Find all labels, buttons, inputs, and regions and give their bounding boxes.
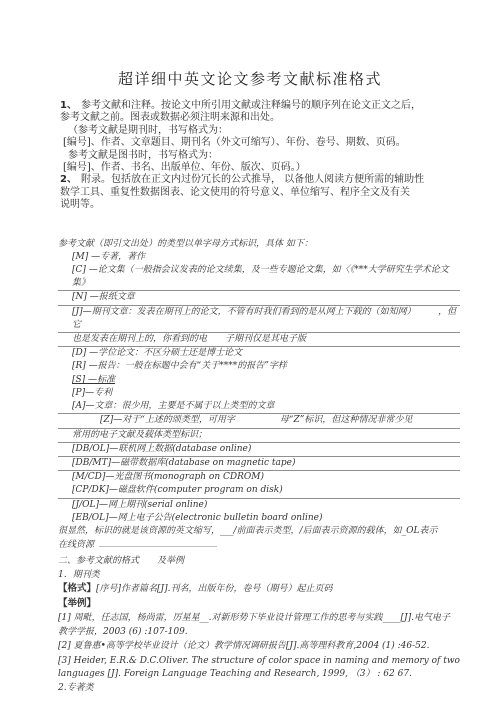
type-item-j-line-1: [J]—期刊文章：发表在期刊上的论文，不管有时我们看到的是从网上下载的（如知网）… bbox=[58, 306, 460, 333]
format-text: [序号]作者篇名[J].刊名，出版年份，卷号（期号）起止页码 bbox=[96, 584, 333, 594]
note-1-line-5: 参考文献是图书时，书写格式为： bbox=[60, 150, 458, 162]
type-item-s-text: [S] —标准 bbox=[72, 375, 115, 385]
format-line: 【格式】[序号]作者篇名[J].刊名，出版年份，卷号（期号）起止页码 bbox=[58, 582, 460, 597]
note-1-line-1: 1、参考文献和注释。按论文中所引用文献或注释编号的顺序列在论文正文之后， bbox=[60, 100, 458, 112]
reference-2: [2] 夏鲁惠•高等学校毕业设计（论文）教学情况调研报告[J].高等理科教育,2… bbox=[58, 640, 460, 654]
note-1-text-1: 参考文献和注释。按论文中所引用文献或注释编号的顺序列在论文正文之后， bbox=[81, 100, 421, 111]
notes-section: 1、参考文献和注释。按论文中所引用文献或注释编号的顺序列在论文正文之后， 参考文… bbox=[60, 100, 458, 212]
note-1-line-3: （参考文献是期刊时，书写格式为： bbox=[60, 125, 458, 137]
reference-1-line-2: 教学学报，2003 (6) :107-109. bbox=[58, 626, 460, 640]
types-note-line-1: 很显然，标识的就是该资源的英文缩写，___/前面表示类型，/后面表示资源的载体，… bbox=[58, 525, 460, 538]
blank-underline bbox=[99, 538, 217, 547]
note-2-number: 2、 bbox=[60, 174, 77, 185]
type-item-s: [S] —标准 bbox=[58, 374, 460, 387]
note-1-line-6: [编号]、作者、书名、出版单位、年份、版次、页码。） bbox=[60, 162, 458, 174]
formats-section: 二、参考文献的格式 及举例 1．期刊类 【格式】[序号]作者篇名[J].刊名，出… bbox=[58, 555, 460, 695]
etype-item-mcd: [M/CD]—光盘图书(monograph on CDROM) bbox=[58, 471, 460, 484]
electronic-types-intro: 常用的电子文献及载体类型标识； bbox=[58, 429, 460, 443]
example-label: 【举例】 bbox=[58, 598, 96, 609]
etype-item-dbmt: [DB/MT]—磁带数据库(database on magnetic tape) bbox=[58, 457, 460, 471]
type-item-n: [N] —报纸文章 bbox=[58, 291, 460, 305]
type-item-a: [A]—文章：很少用，主要是不属于以上类型的文章 bbox=[58, 400, 460, 414]
doc-title: 超详细中英文论文参考文献标准格式 bbox=[0, 0, 500, 89]
reference-types-section: 参考文献（即引文出处）的类型以单字母方式标识，具体 如下： [M] —专著，著作… bbox=[58, 238, 460, 696]
reference-1-line-1: [1] 周毗，任志国，杨尚雷，厉星星__.对新形势下毕业设计管理工作的思考与实践… bbox=[58, 612, 460, 626]
type-item-j-line-2: 也是发表在期刊上的，你看到的电 子期刊仅是其电子版 bbox=[58, 333, 460, 347]
type-item-d: [D] —学位论文：不区分硕士还是博士论文 bbox=[58, 347, 460, 360]
note-2-line-3: 说明等。 bbox=[60, 199, 458, 211]
type-item-p: [P]—专利 bbox=[58, 387, 460, 400]
format-label: 【格式】 bbox=[58, 583, 96, 594]
etype-item-jol: [J/OL]—网上期刊(serial online) bbox=[58, 499, 460, 512]
note-1-number: 1、 bbox=[60, 100, 77, 111]
example-label-line: 【举例】 bbox=[58, 597, 460, 612]
note-2-line-1: 2、附录。包括放在正文内过份冗长的公式推导， 以备他人阅读方便所需的辅助性 bbox=[60, 174, 458, 186]
types-intro: 参考文献（即引文出处）的类型以单字母方式标识，具体 如下： bbox=[58, 238, 460, 251]
note-2-text-1: 附录。包括放在正文内过份冗长的公式推导， 以备他人阅读方便所需的辅助性 bbox=[81, 174, 424, 185]
etype-item-dbol: [DB/OL]—联机网上数据(database online) bbox=[58, 443, 460, 457]
reference-3-line-1: [3] Heider, E.R.& D.C.Oliver. The struct… bbox=[58, 655, 460, 669]
reference-3-line-2: languages [J]. Foreign Language Teaching… bbox=[58, 668, 460, 682]
document-page: 超详细中英文论文参考文献标准格式 1、参考文献和注释。按论文中所引用文献或注释编… bbox=[0, 0, 500, 708]
type-item-m: [M] —专著，著作 bbox=[58, 251, 460, 264]
type-item-z: [Z]—对于“上述的颂类型，可用字 母“Z”标识，但这种情况非常少见 bbox=[58, 414, 460, 428]
type-item-r: [R] —报告：一般在标题中会有“关于****的报告”字样 bbox=[58, 360, 460, 373]
type-item-c: [C] —论文集（一般指会议发表的论文续集，及一些专题论文集，如〈《***大学研… bbox=[58, 264, 460, 291]
etype-item-ebol: [EB/OL]—网上电子公告(electronic bulletin board… bbox=[58, 512, 460, 525]
formats-heading: 二、参考文献的格式 及举例 bbox=[58, 555, 460, 569]
category-2-label: 2.专著类 bbox=[58, 682, 460, 696]
etype-item-cpdk: [CP/DK]—磁盘软件(computer program on disk) bbox=[58, 484, 460, 498]
note-1-line-2: 参考文献之前。图表或数据必须注明来源和出处。 bbox=[60, 112, 458, 124]
note-1-line-4: [编号]、作者、文章题目、期刊名（外文可缩写）、年份、卷号、期数、页码。 bbox=[60, 137, 458, 149]
types-note-line-2-text: 在线资源 bbox=[58, 540, 94, 550]
category-1-label: 1．期刊类 bbox=[58, 569, 460, 583]
note-2-line-2: 数学工具、重复性数据图表、论文使用的符号意义、单位缩写、程序全文及有关 bbox=[60, 187, 458, 199]
types-note-line-2: 在线资源 bbox=[58, 538, 460, 552]
